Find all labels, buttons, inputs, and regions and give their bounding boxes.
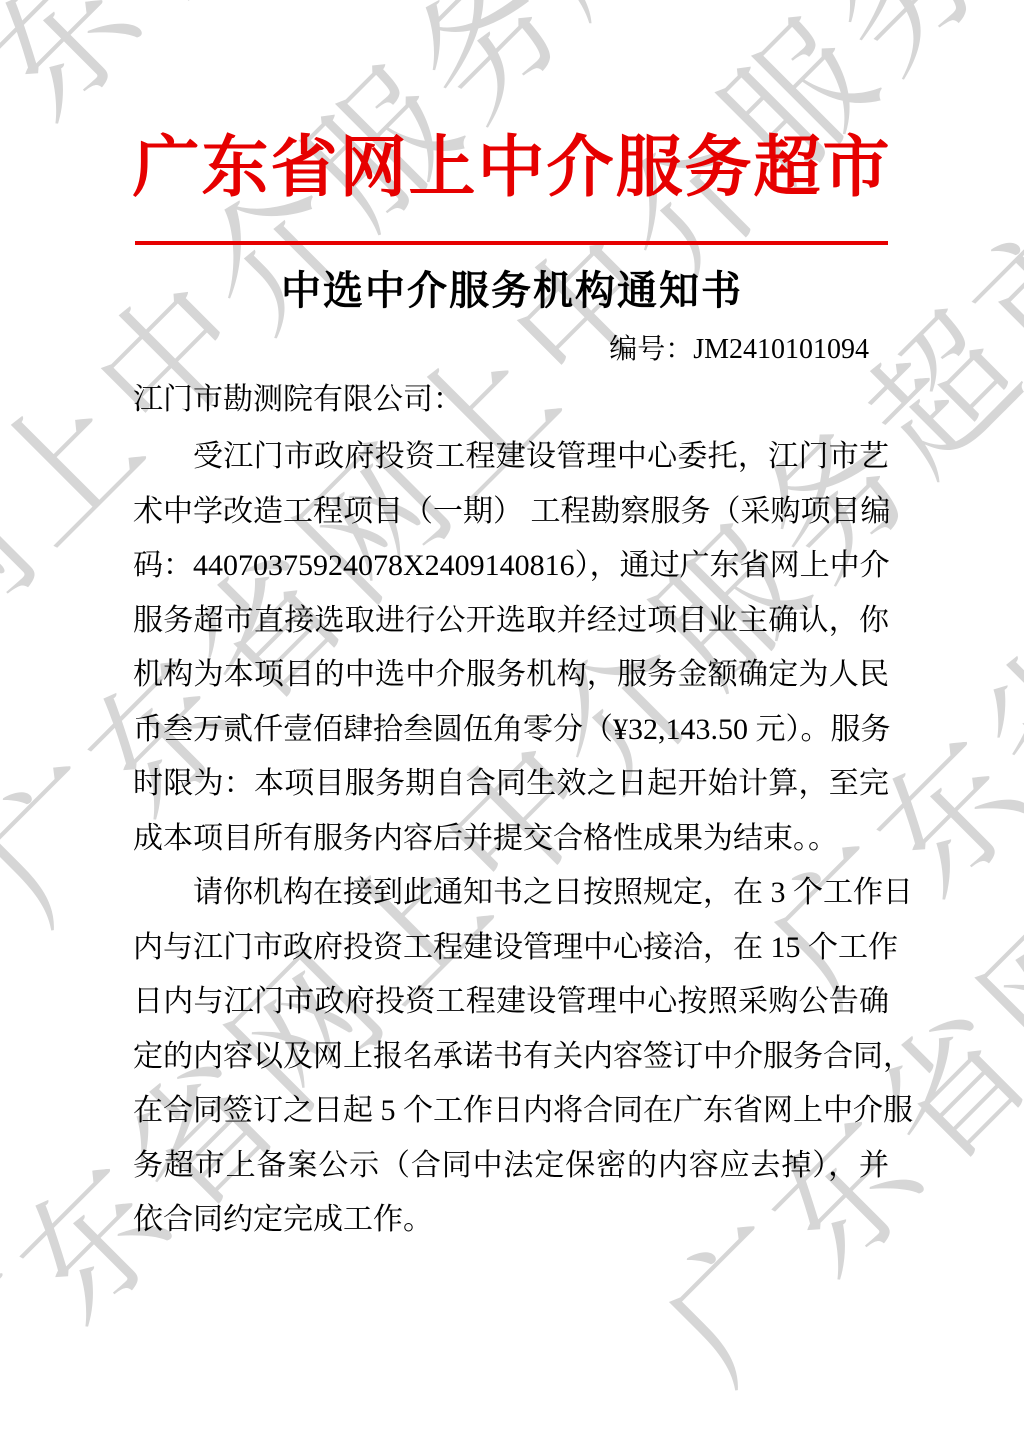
site-title: 广东省网上中介服务超市 <box>0 128 1024 208</box>
body-line: 币叁万贰仟壹佰肆拾叁圆伍角零分（¥32,143.50 元）。服务 <box>133 703 889 758</box>
body-line: 在合同签订之日起 5 个工作日内将合同在广东省网上中介服 <box>133 1084 889 1139</box>
body-line: 成本项目所有服务内容后并提交合格性成果为结束。。 <box>133 812 889 867</box>
document-number: 编号：JM2410101094 <box>609 334 869 366</box>
document-number-value: JM2410101094 <box>693 334 869 365</box>
document-content: 广东省网上中介服务超市 中选中介服务机构通知书 编号：JM2410101094 … <box>0 0 1024 1447</box>
body-line: 时限为：本项目服务期自合同生效之日起开始计算，至完 <box>133 757 889 812</box>
body-line: 服务超市直接选取进行公开选取并经过项目业主确认，你 <box>133 594 889 649</box>
body-line: 定的内容以及网上报名承诺书有关内容签订中介服务合同， <box>133 1030 889 1085</box>
document-title: 中选中介服务机构通知书 <box>0 268 1024 314</box>
document-number-label: 编号： <box>609 334 693 365</box>
body-line: 务超市上备案公示（合同中法定保密的内容应去掉），并 <box>133 1139 889 1194</box>
body-line: 受江门市政府投资工程建设管理中心委托，江门市艺 <box>133 430 889 485</box>
document-body: 受江门市政府投资工程建设管理中心委托，江门市艺术中学改造工程项目（一期） 工程勘… <box>133 430 889 1248</box>
header-divider <box>135 241 888 245</box>
document-page: 广东省网上中介服务超市 广东省网上中介服务超市 广东省网上中介服务超市 广东省网… <box>0 0 1024 1447</box>
body-line: 内与江门市政府投资工程建设管理中心接洽，在 15 个工作 <box>133 921 889 976</box>
body-line: 机构为本项目的中选中介服务机构，服务金额确定为人民 <box>133 648 889 703</box>
body-line: 码：44070375924078X2409140816），通过广东省网上中介 <box>133 539 889 594</box>
body-line: 请你机构在接到此通知书之日按照规定，在 3 个工作日 <box>133 866 889 921</box>
body-line: 依合同约定完成工作。 <box>133 1193 889 1248</box>
addressee: 江门市勘测院有限公司： <box>133 383 463 417</box>
body-line: 术中学改造工程项目（一期） 工程勘察服务（采购项目编 <box>133 485 889 540</box>
body-line: 日内与江门市政府投资工程建设管理中心按照采购公告确 <box>133 975 889 1030</box>
